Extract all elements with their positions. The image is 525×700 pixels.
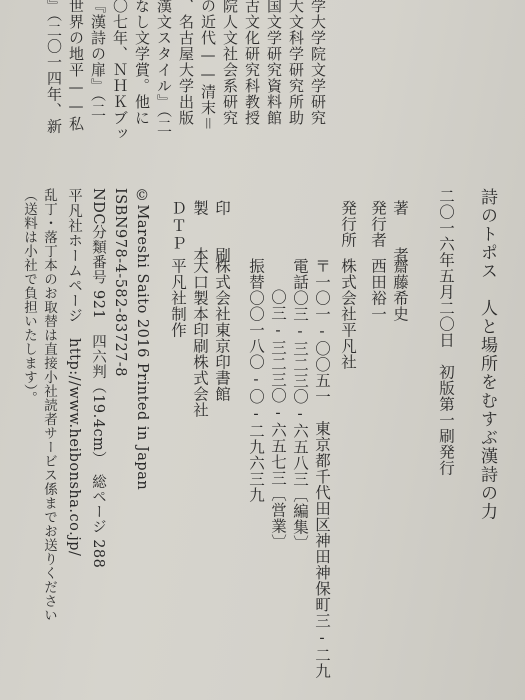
bio-line: 国文学研究資料館	[266, 0, 281, 126]
phone-sales: 〇三-三二三〇-六五七三〔営業〕	[270, 289, 286, 550]
bio-line: 〇七年、ＮＨＫブッ	[112, 0, 127, 142]
bio-line: 古文化研究科教授	[244, 0, 259, 126]
homepage-line: 平凡社ホームページ http://www.heibonsha.co.jp/	[67, 188, 82, 556]
copyright-line: ©Mareshi Saito 2016 Printed in Japan	[135, 188, 150, 490]
shipping-cost-notice: （送料は小社で負担いたします）。	[22, 188, 36, 405]
bio-line: 』（二〇一四年、新	[46, 0, 61, 135]
publisher-address: 〒一〇一-〇〇五一 東京都千代田区神田神保町三-二九	[314, 258, 330, 679]
bio-line: 、名古屋大学出版	[178, 0, 193, 126]
transfer-account: 振替〇〇一八〇-〇-二九六三九	[248, 258, 264, 503]
bio-line: 大文科学研究所助	[288, 0, 303, 126]
bio-line: 世界の地平——私	[68, 0, 83, 132]
publisher-person-name: 西田裕一	[370, 258, 386, 322]
publisher-name: 株式会社平凡社	[340, 258, 356, 370]
isbn-line: ISBN978-4-582-83727-8	[113, 188, 128, 377]
printing-company: 株式会社東京印書館	[214, 258, 230, 402]
bio-line: 漢文スタイル』（二	[156, 0, 171, 135]
binding-company: 大口製本印刷株式会社	[192, 258, 208, 418]
publication-date-edition: 二〇一六年五月二〇日 初版第一刷発行	[438, 188, 454, 476]
replacement-notice: 乱丁・落丁本のお取替は直接小社読者サービス係までお送りください	[42, 188, 56, 622]
dtp-company: 平凡社制作	[170, 258, 186, 338]
phone-editorial: 電話〇三-三二三〇-六五八三〔編集〕	[292, 258, 308, 551]
bio-line: 学大学院文学研究	[310, 0, 325, 126]
ndc-line: NDC分類番号 921 四六判（19.4cm） 総ページ 288	[91, 188, 106, 568]
publisher-label: 発行所	[340, 200, 356, 248]
bio-line: の近代——清末＝	[200, 0, 215, 132]
bio-line: なし文学賞。他に	[134, 0, 149, 126]
bio-line: 『漢詩の扉』（二	[90, 0, 105, 119]
publisher-person-label: 発行者	[370, 200, 386, 248]
dtp-label: ＤＴＰ	[170, 200, 186, 253]
colophon-page: 学大学院文学研究 大文科学研究所助 国文学研究資料館 古文化研究科教授 院人文社…	[0, 0, 525, 700]
book-title: 詩のトポス 人と場所をむすぶ漢詩の力	[478, 188, 495, 521]
bio-line: 院人文社会系研究	[222, 0, 237, 126]
author-name: 齋藤希史	[392, 258, 408, 322]
